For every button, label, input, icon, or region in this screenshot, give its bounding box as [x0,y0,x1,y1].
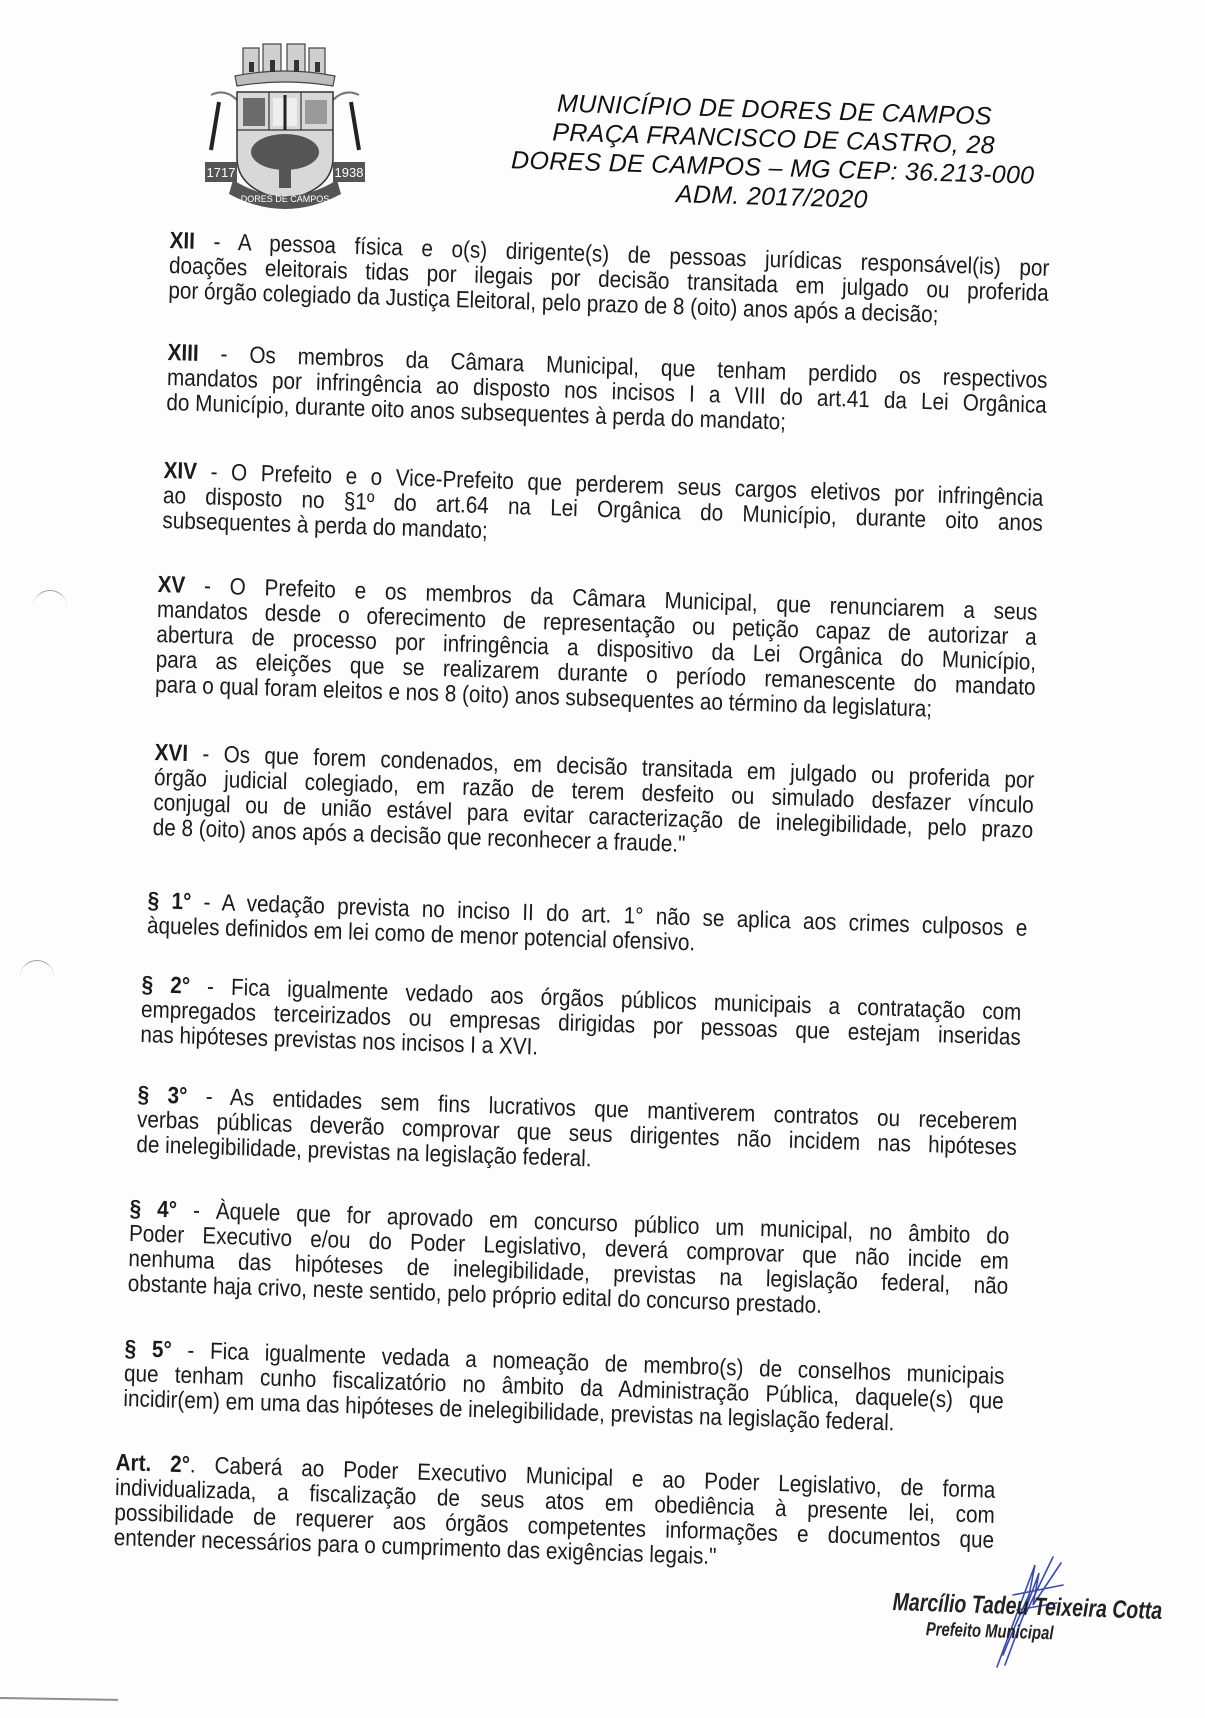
municipal-coat-of-arms-icon: 1717 1938 DORES DE CAMPOS [205,40,365,210]
punch-hole-mark [33,590,67,607]
signature-block: Marcílio Tadeu Teixeira Cotta Prefeito M… [892,1588,1072,1648]
item-lead: § 5° [124,1335,172,1362]
item-lead: XII [169,227,195,254]
item-lead: XV [157,571,185,598]
paragraph-2: § 2° - Fica igualmente vedado aos órgãos… [140,972,1021,1075]
paragraph-4: § 4° - Àquele que for aprovado em concur… [128,1196,1010,1324]
svg-text:DORES DE CAMPOS: DORES DE CAMPOS [241,194,330,204]
scan-edge-line [0,1697,118,1701]
paragraph-3: § 3° - As entidades sem fins lucrativos … [136,1082,1017,1185]
item-lead: XIII [167,339,199,366]
letterhead: MUNICÍPIO DE DORES DE CAMPOS PRAÇA FRANC… [502,88,1045,220]
signatory-title: Prefeito Municipal [907,1617,1071,1648]
inciso-xv: XV - O Prefeito e os membros da Câmara M… [155,572,1038,725]
item-lead: § 2° [141,971,190,999]
item-lead: XIV [163,457,197,484]
punch-hole-mark [20,960,54,977]
inciso-xiv: XIV - O Prefeito e o Vice-Prefeito que p… [162,458,1043,561]
item-lead: § 4° [129,1195,177,1222]
inciso-xiii: XIII - Os membros da Câmara Municipal, q… [166,340,1047,443]
item-lead: Art. 2° [115,1449,190,1477]
paragraph-5: § 5° - Fica igualmente vedada a nomeação… [123,1336,1004,1439]
item-lead: § 3° [137,1081,187,1109]
inciso-xii: XII - A pessoa física e o(s) dirigente(s… [168,228,1049,331]
article-2: Art. 2°. Caberá ao Poder Executivo Munic… [114,1450,996,1578]
signatory-name: Marcílio Tadeu Teixeira Cotta [892,1588,1072,1622]
svg-text:1717: 1717 [207,165,236,180]
document-page: 1717 1938 DORES DE CAMPOS MUNICÍPIO DE D… [0,0,1205,1718]
inciso-xvi: XVI - Os que forem condenados, em decisã… [153,740,1035,868]
svg-text:1938: 1938 [335,165,364,180]
paragraph-1: § 1° - A vedação prevista no inciso II d… [147,888,1028,966]
item-lead: § 1° [147,887,191,914]
item-lead: XVI [154,739,188,766]
